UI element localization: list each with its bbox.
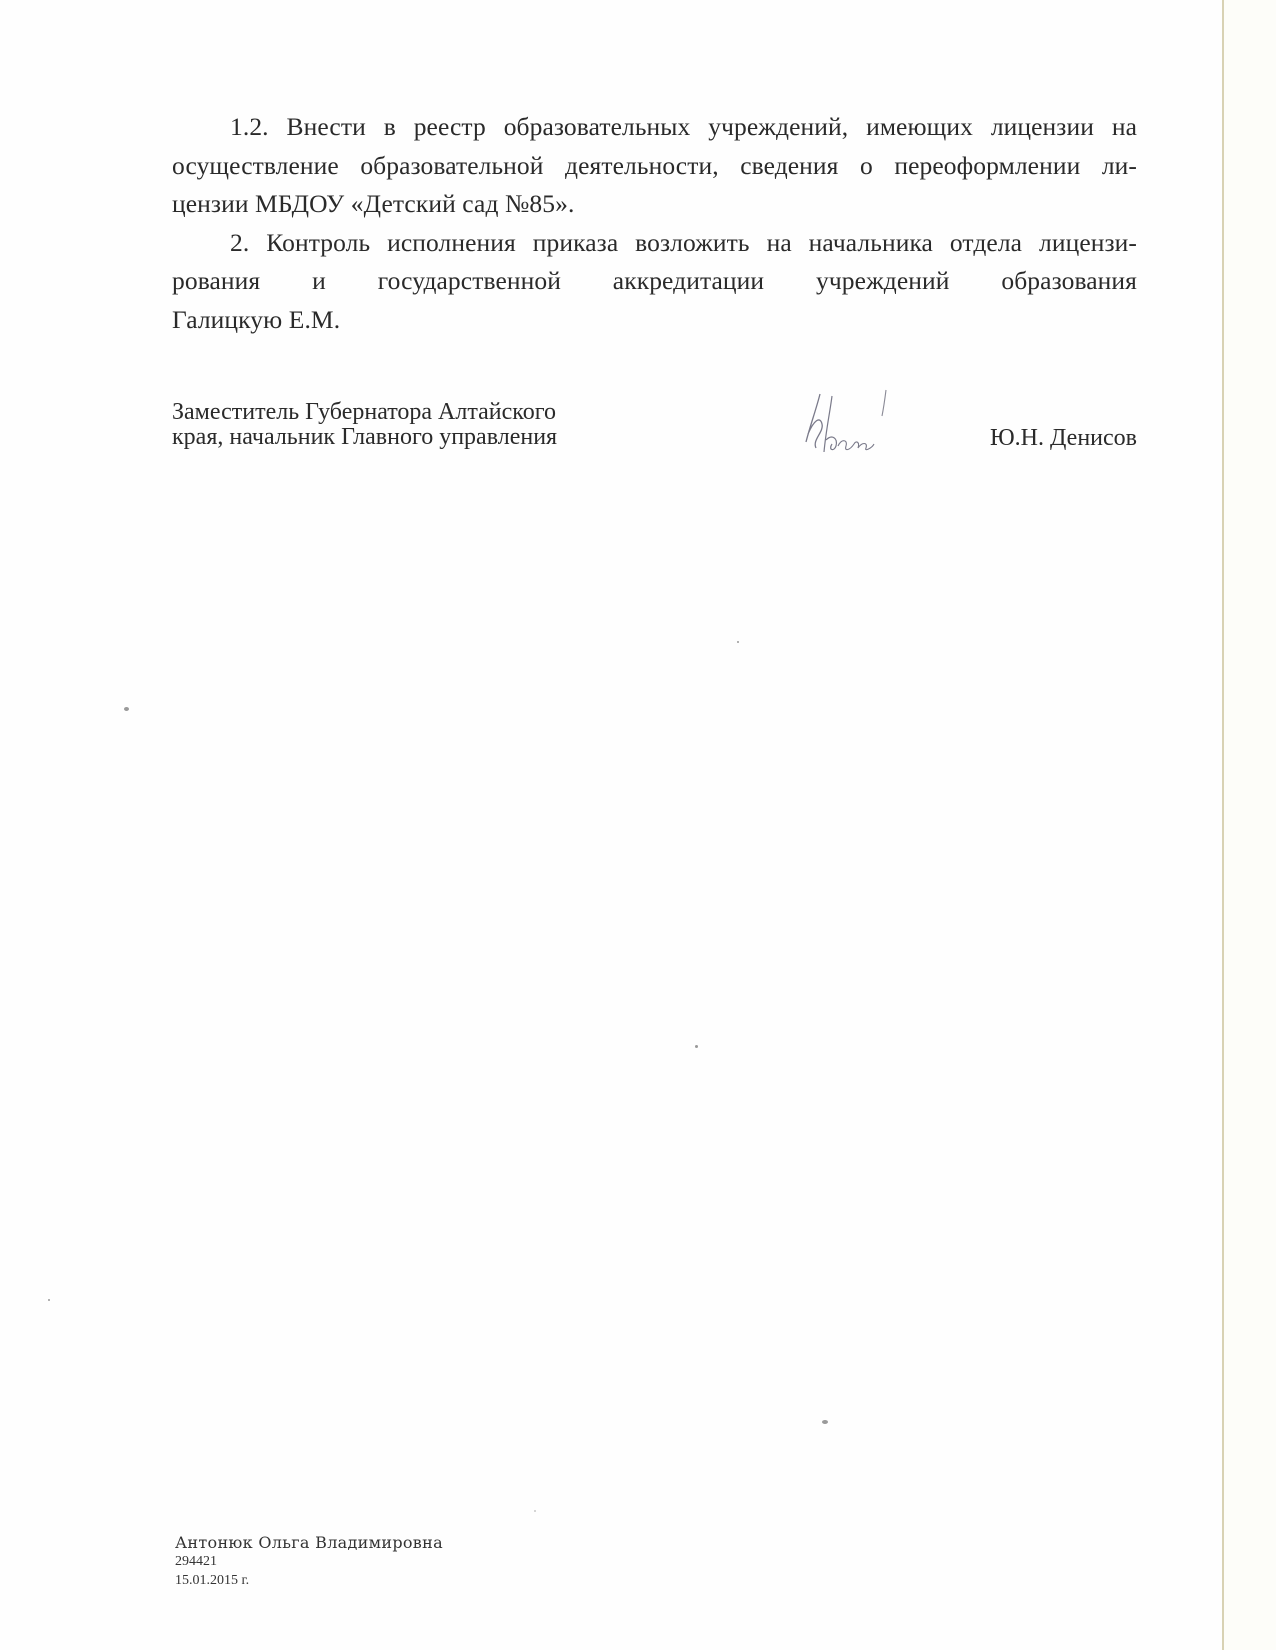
scan-speck — [124, 707, 129, 711]
scan-edge-strip — [1222, 0, 1276, 1650]
paragraph-line: Галицкую Е.М. — [172, 301, 1137, 340]
signature-block: Заместитель Губернатора Алтайского края,… — [172, 400, 1137, 470]
paragraph-line: 2. Контроль исполнения приказа возложить… — [172, 224, 1137, 263]
paragraph-line: рования и государственной аккредитации у… — [172, 262, 1137, 301]
paragraph-line: 1.2. Внести в реестр образовательных учр… — [172, 108, 1137, 147]
executor-name: Антонюк Ольга Владимировна — [175, 1533, 443, 1552]
document-date: 15.01.2015 г. — [175, 1571, 443, 1590]
paragraph-item-1-2: 1.2. Внести в реестр образовательных учр… — [172, 108, 1137, 224]
scan-speck — [534, 1510, 536, 1512]
paragraph-line: осуществление образовательной деятельнос… — [172, 147, 1137, 186]
paragraph-item-2: 2. Контроль исполнения приказа возложить… — [172, 224, 1137, 340]
position-line-1: Заместитель Губернатора Алтайского — [172, 400, 557, 425]
handwritten-signature-icon — [802, 386, 922, 462]
paragraph-line: цензии МБДОУ «Детский сад №85». — [172, 185, 1137, 224]
scan-speck — [737, 641, 739, 643]
executor-phone: 294421 — [175, 1552, 443, 1571]
position-line-2: края, начальник Главного управления — [172, 425, 557, 450]
document-body: 1.2. Внести в реестр образовательных учр… — [172, 108, 1137, 339]
signatory-name: Ю.Н. Денисов — [990, 426, 1137, 451]
scan-speck — [822, 1420, 828, 1424]
scan-speck — [48, 1299, 50, 1301]
executor-footer: Антонюк Ольга Владимировна 294421 15.01.… — [175, 1533, 443, 1590]
scan-speck — [695, 1045, 698, 1048]
signatory-position: Заместитель Губернатора Алтайского края,… — [172, 400, 557, 450]
document-page: 1.2. Внести в реестр образовательных учр… — [0, 0, 1276, 1650]
